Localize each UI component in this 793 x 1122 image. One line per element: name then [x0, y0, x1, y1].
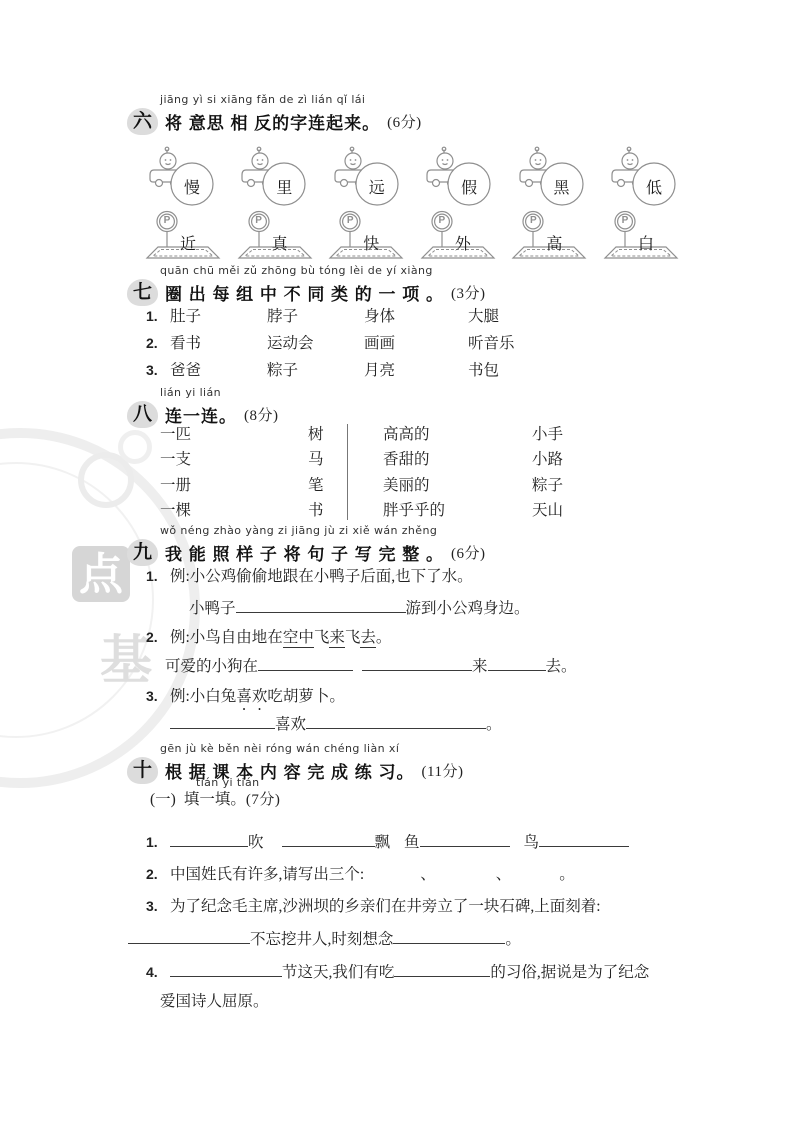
- sentence-item: 1.例:小公鸡偷偷地跟在小鸭子后面,也下了水。: [146, 565, 473, 588]
- measure-word: 一册: [160, 475, 308, 497]
- subsection-label: (一): [150, 791, 176, 808]
- noun-word: 马: [308, 449, 383, 471]
- sign-word-row: P 近 P 真 P 快 P 外 P 高 P 白: [142, 210, 680, 262]
- car-word: 低: [641, 175, 667, 198]
- measure-word: 一支: [160, 449, 308, 471]
- item-number: 1.: [146, 305, 170, 327]
- group-word: 书包: [468, 360, 499, 382]
- section-seven-pinyin: quān chū měi zǔ zhōng bù tóng lèi de yí …: [160, 264, 485, 277]
- sign-word: 高: [546, 231, 562, 254]
- fill-line: 小鸭子游到小公鸡身边。: [189, 597, 530, 620]
- measure-word: 一棵: [160, 500, 308, 522]
- subsection-one: tián yi tián (一)填一填。(7分): [150, 776, 280, 811]
- fill-mid: 喜欢: [275, 716, 306, 733]
- answer-blank: [128, 928, 250, 944]
- fill-line: 不忘挖井人,时刻想念。: [128, 928, 521, 951]
- section-six-title: 将 意思 相 反的字连起来。: [165, 109, 380, 134]
- group-word: 听音乐: [468, 333, 515, 355]
- car-icon: 低: [608, 146, 678, 208]
- parking-p-letter: P: [527, 215, 539, 226]
- matching-row: 一册笔美丽的粽子: [160, 475, 563, 500]
- fill-line: 可爱的小狗在来去。: [165, 655, 577, 678]
- answer-blank: [170, 831, 248, 847]
- subsection-score: (7分): [246, 792, 281, 808]
- question-text: 节这天,我们有吃: [282, 964, 394, 981]
- noun-word: 笔: [308, 475, 383, 497]
- car-word-row: 慢 里 远 假 黑 低: [146, 146, 678, 208]
- underlined-word: 去: [360, 629, 376, 648]
- section-ten-score: (11分): [422, 760, 464, 781]
- parking-p-letter: P: [344, 215, 356, 226]
- section-seven-title: 圈 出 每 组 中 不 同 类 的 一 项 。: [165, 280, 444, 305]
- example-text: 例:小鸟自由地在: [170, 629, 283, 646]
- section-nine-header: wǒ néng zhào yàng zi jiāng jù zi xiě wán…: [127, 524, 485, 566]
- car-icon: 远: [331, 146, 401, 208]
- list-separator: 、: [420, 866, 436, 883]
- car-icon: 黑: [516, 146, 586, 208]
- matching-table: 一匹树高高的小手 一支马香甜的小路 一册笔美丽的粽子 一棵书胖乎乎的天山: [160, 424, 563, 525]
- car-icon: 慢: [146, 146, 216, 208]
- section-six-badge: 六: [127, 108, 158, 135]
- fill-prefix: 可爱的小狗在: [165, 658, 258, 675]
- section-eight-header: lián yi lián 八 连一连。 (8分): [127, 386, 279, 428]
- fill-char: 吹: [248, 834, 264, 851]
- car-icon: 里: [238, 146, 308, 208]
- sign-word: 白: [638, 231, 654, 254]
- example-sentence: 例:小公鸡偷偷地跟在小鸭子后面,也下了水。: [170, 568, 473, 585]
- fill-item: 2.中国姓氏有许多,请写出三个:、、。: [146, 863, 575, 886]
- item-number: 2.: [146, 626, 170, 648]
- parking-p-letter: P: [253, 215, 265, 226]
- item-number: 2.: [146, 332, 170, 354]
- group-word: 身体: [364, 306, 468, 328]
- parking-sign-icon: P 近: [142, 210, 222, 262]
- answer-blank: [362, 655, 472, 671]
- target-word: 粽子: [532, 475, 563, 497]
- emphasized-word: 喜欢: [236, 688, 267, 705]
- example-text: 飞: [345, 629, 361, 646]
- item-number: 3.: [146, 895, 170, 917]
- question-text: 为了纪念毛主席,沙洲坝的乡亲们在井旁立了一块石碑,上面刻着:: [170, 898, 601, 915]
- parking-sign-icon: P 快: [325, 210, 405, 262]
- answer-blank: [420, 831, 510, 847]
- classify-row: 1.肚子脖子身体大腿: [146, 305, 499, 328]
- adjective-word: 香甜的: [383, 449, 532, 471]
- column-divider: [347, 424, 348, 520]
- section-six-header: jiāng yì si xiāng fǎn de zì lián qǐ lái …: [127, 93, 422, 135]
- classify-row: 2.看书运动会画画听音乐: [146, 332, 515, 355]
- section-seven-badge: 七: [127, 279, 158, 306]
- example-text: 例:小白兔: [170, 688, 236, 705]
- group-word: 粽子: [267, 360, 364, 382]
- measure-word: 一匹: [160, 424, 308, 446]
- answer-blank: [170, 713, 275, 729]
- answer-blank: [170, 961, 282, 977]
- car-word: 假: [456, 175, 482, 198]
- fill-prefix: 小鸭子: [189, 600, 236, 617]
- parking-sign-icon: P 外: [417, 210, 497, 262]
- section-nine-score: (6分): [451, 542, 486, 563]
- section-nine-pinyin: wǒ néng zhào yàng zi jiāng jù zi xiě wán…: [160, 524, 485, 537]
- subsection-pinyin: tián yi tián: [196, 776, 280, 789]
- fill-char: 鸟: [524, 834, 540, 851]
- item-number: 3.: [146, 685, 170, 707]
- section-eight-pinyin: lián yi lián: [160, 386, 279, 399]
- question-text: 中国姓氏有许多,请写出三个:: [170, 866, 364, 883]
- adjective-word: 美丽的: [383, 475, 532, 497]
- noun-word: 树: [308, 424, 383, 446]
- group-word: 大腿: [468, 306, 499, 328]
- car-icon: 假: [423, 146, 493, 208]
- parking-sign-icon: P 白: [600, 210, 680, 262]
- question-text: 的习俗,据说是为了纪念: [490, 964, 649, 981]
- sign-word: 外: [455, 231, 471, 254]
- example-text: 吃胡萝卜。: [267, 688, 345, 705]
- fill-mid: 来: [472, 658, 488, 675]
- matching-row: 一支马香甜的小路: [160, 449, 563, 474]
- classify-row: 3.爸爸粽子月亮书包: [146, 359, 499, 382]
- sentence-item: 3.例:小白兔喜欢吃胡萝卜。: [146, 685, 345, 714]
- item-number: 1.: [146, 565, 170, 587]
- fill-item: 1.吹飘鱼鸟: [146, 831, 629, 854]
- fill-suffix: 去。: [546, 658, 577, 675]
- item-number: 1.: [146, 831, 170, 853]
- sentence-end: 。: [559, 866, 575, 883]
- section-eight-badge: 八: [127, 401, 158, 428]
- group-word: 爸爸: [170, 360, 267, 382]
- sentence-end: 。: [505, 931, 521, 948]
- question-text: 爱国诗人屈原。: [160, 993, 269, 1010]
- car-word: 里: [271, 175, 297, 198]
- item-number: 2.: [146, 863, 170, 885]
- matching-row: 一棵书胖乎乎的天山: [160, 500, 563, 525]
- sentence-item: 2.例:小鸟自由地在空中飞来飞去。: [146, 626, 391, 649]
- sign-word: 近: [180, 231, 196, 254]
- example-sentence: 例:小白兔喜欢吃胡萝卜。: [170, 688, 345, 705]
- item-number: 3.: [146, 359, 170, 381]
- parking-sign-icon: P 真: [234, 210, 314, 262]
- example-text: 。: [376, 629, 392, 646]
- answer-blank: [306, 713, 486, 729]
- group-word: 肚子: [170, 306, 267, 328]
- underlined-word: 来: [329, 629, 345, 648]
- group-word: 画画: [364, 333, 468, 355]
- target-word: 天山: [532, 500, 563, 522]
- fill-item: 3.为了纪念毛主席,沙洲坝的乡亲们在井旁立了一块石碑,上面刻着:: [146, 895, 601, 918]
- target-word: 小路: [532, 449, 563, 471]
- underlined-word: 空中: [283, 629, 314, 648]
- parking-p-letter: P: [619, 215, 631, 226]
- section-nine-badge: 九: [127, 539, 158, 566]
- answer-blank: [539, 831, 629, 847]
- parking-p-letter: P: [436, 215, 448, 226]
- section-nine-title: 我 能 照 样 子 将 句 子 写 完 整 。: [165, 540, 444, 565]
- noun-word: 书: [308, 500, 383, 522]
- section-six-score: (6分): [387, 111, 422, 132]
- example-sentence: 例:小鸟自由地在空中飞来飞去。: [170, 629, 391, 648]
- answer-blank: [236, 597, 406, 613]
- fill-suffix: 。: [486, 716, 502, 733]
- fill-char: 鱼: [404, 834, 420, 851]
- adjective-word: 高高的: [383, 424, 532, 446]
- answer-blank: [394, 961, 490, 977]
- car-word: 慢: [179, 175, 205, 198]
- target-word: 小手: [532, 424, 563, 446]
- matching-row: 一匹树高高的小手: [160, 424, 563, 449]
- answer-blank: [258, 655, 353, 671]
- fill-char: 飘: [375, 834, 391, 851]
- group-word: 运动会: [267, 333, 364, 355]
- fill-suffix: 游到小公鸡身边。: [406, 600, 530, 617]
- item-number: 4.: [146, 961, 170, 983]
- fill-item-continued: 爱国诗人屈原。: [160, 991, 269, 1013]
- sign-word: 快: [363, 231, 379, 254]
- list-separator: 、: [496, 866, 512, 883]
- answer-blank: [393, 928, 505, 944]
- section-eight-score: (8分): [244, 404, 279, 425]
- fill-line: 喜欢。: [170, 713, 502, 736]
- section-six-pinyin: jiāng yì si xiāng fǎn de zì lián qǐ lái: [160, 93, 422, 106]
- group-word: 月亮: [364, 360, 468, 382]
- car-word: 远: [364, 175, 390, 198]
- car-word: 黑: [549, 175, 575, 198]
- fill-item: 4.节这天,我们有吃的习俗,据说是为了纪念: [146, 961, 649, 984]
- section-ten-pinyin: gēn jù kè běn nèi róng wán chéng liàn xí: [160, 742, 463, 755]
- answer-blank: [488, 655, 546, 671]
- worksheet-page: jiāng yì si xiāng fǎn de zì lián qǐ lái …: [0, 0, 793, 1122]
- group-word: 看书: [170, 333, 267, 355]
- fill-mid: 不忘挖井人,时刻想念: [250, 931, 393, 948]
- group-word: 脖子: [267, 306, 364, 328]
- sign-word: 真: [272, 231, 288, 254]
- adjective-word: 胖乎乎的: [383, 500, 532, 522]
- section-seven-score: (3分): [451, 282, 486, 303]
- parking-sign-icon: P 高: [508, 210, 588, 262]
- answer-blank: [282, 831, 375, 847]
- parking-p-letter: P: [161, 215, 173, 226]
- subsection-title: 填一填。: [184, 791, 246, 808]
- section-seven-header: quān chū měi zǔ zhōng bù tóng lèi de yí …: [127, 264, 485, 306]
- example-text: 飞: [314, 629, 330, 646]
